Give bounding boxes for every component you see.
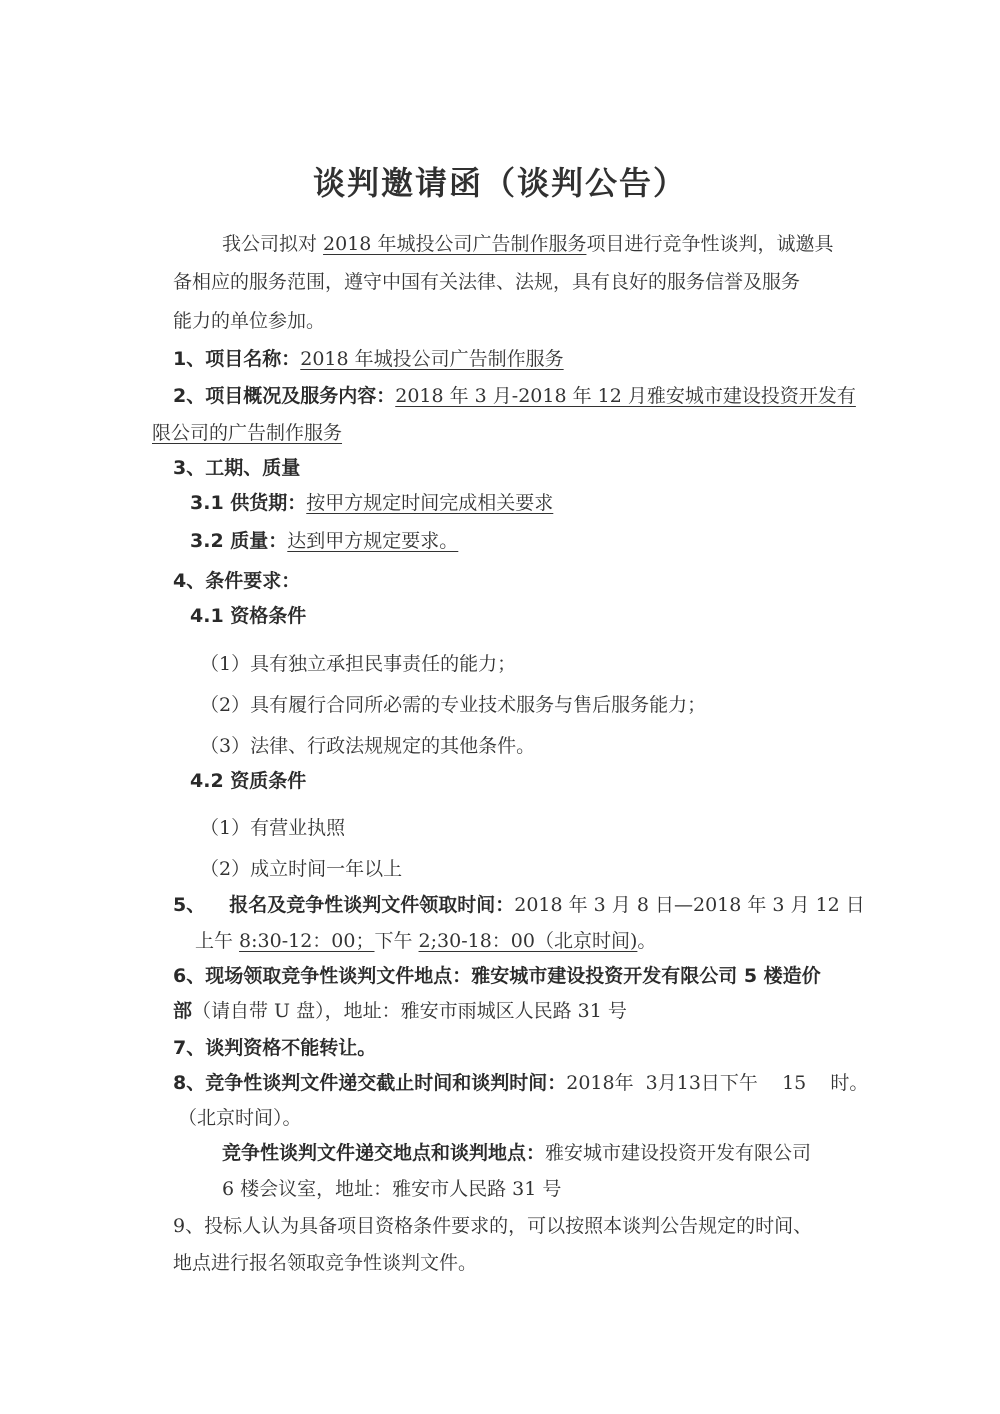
section-4-1-label: 4.1 资格条件: [190, 603, 306, 629]
section-8-place-value: 雅安城市建设投资开发有限公司: [545, 1142, 811, 1164]
section-3-1-label: 3.1 供货期：: [190, 492, 306, 514]
section-6-line-2: 部（请自带 U 盘），地址：雅安市雨城区人民路 31 号: [173, 998, 627, 1024]
section-8-place-label: 竞争性谈判文件递交地点和谈判地点：: [222, 1142, 545, 1164]
intro-line-1: 我公司拟对 2018 年城投公司广告制作服务项目进行竞争性谈判，诚邀具: [222, 231, 833, 257]
section-3-1: 3.1 供货期：按甲方规定时间完成相关要求: [190, 490, 553, 516]
section-4-2-label: 4.2 资质条件: [190, 768, 306, 794]
section-8-place-line-2: 6 楼会议室，地址：雅安市人民路 31 号: [222, 1176, 561, 1202]
section-4-2-item: （1）有营业执照: [200, 815, 345, 841]
section-5-label: 报名及竞争性谈判文件领取时间：: [229, 894, 514, 916]
section-2: 2、项目概况及服务内容：2018 年 3 月-2018 年 12 月雅安城市建设…: [173, 383, 856, 409]
section-3-1-value: 按甲方规定时间完成相关要求: [306, 492, 553, 514]
section-6-value: （请自带 U 盘），地址：雅安市雨城区人民路 31 号: [192, 1000, 627, 1022]
section-8-value: 2018年 3月13日下午 15 时。: [566, 1072, 868, 1094]
section-6-label: 6、现场领取竞争性谈判文件地点：雅安城市建设投资开发有限公司 5 楼造价: [173, 963, 821, 989]
section-8-line-2: （北京时间）。: [178, 1105, 302, 1131]
section-5-value: 2018 年 3 月 8 日—2018 年 3 月 12 日: [514, 894, 865, 916]
section-4-1-item: （2）具有履行合同所必需的专业技术服务与售后服务能力；: [200, 692, 706, 718]
pm-label: 下午: [375, 930, 419, 952]
section-1-label: 1、项目名称：: [173, 348, 300, 370]
section-3-2: 3.2 质量：达到甲方规定要求。: [190, 528, 458, 554]
section-2-value-cont: 限公司的广告制作服务: [152, 422, 342, 444]
section-1-value: 2018 年城投公司广告制作服务: [300, 348, 563, 370]
section-3-label: 3、工期、质量: [173, 455, 300, 481]
section-2-value: 2018 年 3 月-2018 年 12 月雅安城市建设投资开发有: [395, 385, 856, 407]
section-9-line-1: 9、投标人认为具备项目资格条件要求的，可以按照本谈判公告规定的时间、: [173, 1213, 812, 1239]
section-3-2-label: 3.2 质量：: [190, 530, 287, 552]
section-9-line-2: 地点进行报名领取竞争性谈判文件。: [173, 1250, 477, 1276]
section-4-label: 4、条件要求：: [173, 568, 300, 594]
am-label: 上午: [195, 930, 239, 952]
section-3-2-value: 达到甲方规定要求。: [287, 530, 458, 552]
section-5-line-2: 上午 8:30-12：00；下午 2;30-18：00（北京时间)。: [195, 928, 656, 954]
section-2-line-2: 限公司的广告制作服务: [152, 420, 342, 446]
intro-line-3: 能力的单位参加。: [173, 308, 325, 334]
section-4-2-item: （2）成立时间一年以上: [200, 856, 402, 882]
intro-text: 项目进行竞争性谈判，诚邀具: [586, 233, 833, 255]
section-1: 1、项目名称：2018 年城投公司广告制作服务: [173, 346, 564, 372]
am-time: 8:30-12：00；: [239, 930, 374, 952]
document-page: 谈判邀请函（谈判公告） 我公司拟对 2018 年城投公司广告制作服务项目进行竞争…: [0, 0, 1000, 1414]
section-8: 8、竞争性谈判文件递交截止时间和谈判时间：2018年 3月13日下午 15 时。: [173, 1070, 868, 1096]
section-5-num: 5、: [173, 894, 205, 916]
section-4-1-item: （1）具有独立承担民事责任的能力；: [200, 651, 516, 677]
intro-project-name: 2018 年城投公司广告制作服务: [323, 233, 586, 255]
section-7: 7、谈判资格不能转让。: [173, 1035, 376, 1061]
section-4-1-item: （3）法律、行政法规规定的其他条件。: [200, 733, 535, 759]
pm-time: 2;30-18：00（北京时间): [419, 930, 638, 952]
section-8-label: 8、竞争性谈判文件递交截止时间和谈判时间：: [173, 1072, 566, 1094]
section-5: 5、报名及竞争性谈判文件领取时间：2018 年 3 月 8 日—2018 年 3…: [173, 892, 865, 918]
section-6-label-cont: 部: [173, 1000, 192, 1022]
intro-text: 我公司拟对: [222, 233, 323, 255]
section-8-place: 竞争性谈判文件递交地点和谈判地点：雅安城市建设投资开发有限公司: [222, 1140, 811, 1166]
section-2-label: 2、项目概况及服务内容：: [173, 385, 395, 407]
punctuation: 。: [637, 930, 656, 952]
document-title: 谈判邀请函（谈判公告）: [0, 158, 1000, 204]
intro-line-2: 备相应的服务范围，遵守中国有关法律、法规，具有良好的服务信誉及服务: [173, 269, 800, 295]
